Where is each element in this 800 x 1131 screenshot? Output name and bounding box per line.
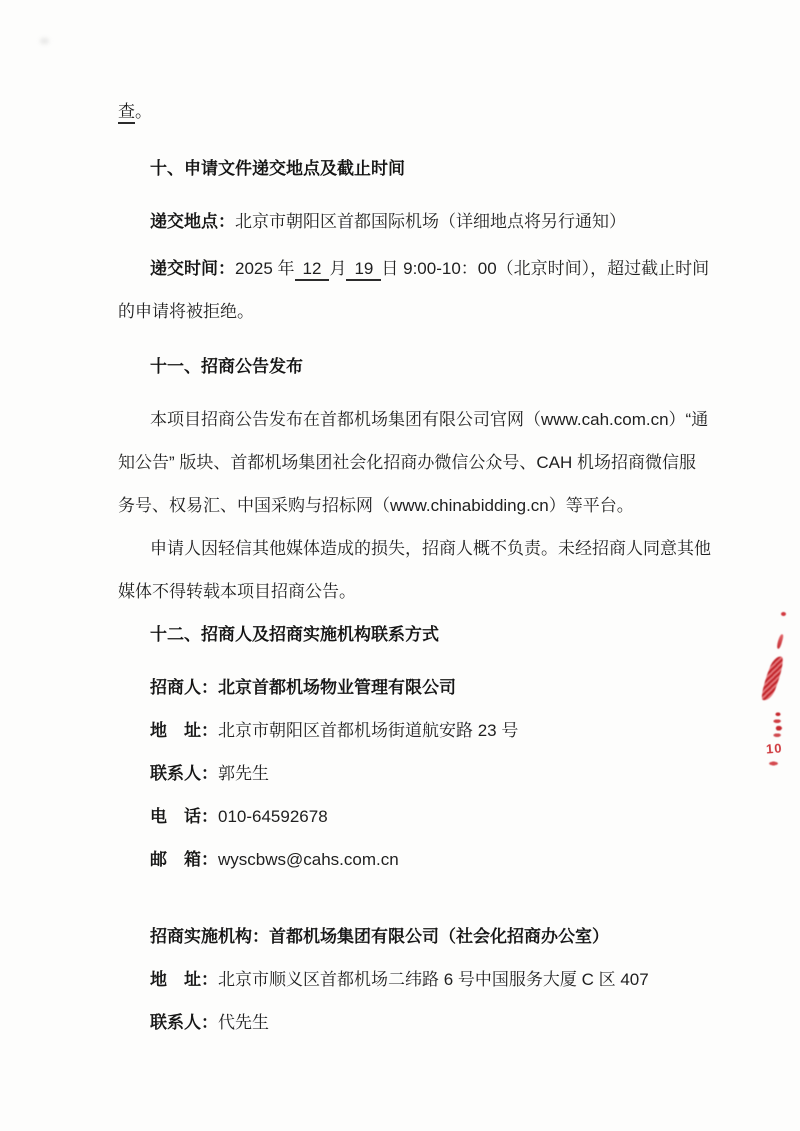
section-11-heading: 十一、招商公告发布 — [118, 345, 700, 388]
address-label: 地 址： — [150, 721, 218, 740]
paragraph-line: 本项目招商公告发布在首都机场集团有限公司官网（www.cah.com.cn）“通 — [118, 398, 700, 441]
merchant-label: 招商人： — [150, 678, 218, 697]
paragraph-line: 媒体不得转载本项目招商公告。 — [118, 570, 700, 613]
red-seal-fragment: 10 — [755, 600, 800, 785]
agency-contact-block: 地 址：北京市顺义区首都机场二纬路 6 号中国服务大厦 C 区 407 联系人：… — [118, 958, 700, 1044]
location-label: 递交地点： — [150, 212, 235, 231]
agency-name: 首都机场集团有限公司（社会化招商办公室） — [269, 927, 609, 946]
submission-time-line: 递交时间：2025 年12月19日 9:00-10：00（北京时间），超过截止时… — [118, 247, 700, 290]
underlined-text: 查 — [118, 102, 135, 124]
seal-tail-mark — [767, 760, 780, 767]
merchant-name: 北京首都机场物业管理有限公司 — [218, 678, 456, 697]
scan-artifact-smudge — [40, 38, 49, 44]
time-label: 递交时间： — [150, 259, 235, 278]
agency-line: 招商实施机构：首都机场集团有限公司（社会化招商办公室） — [118, 915, 700, 958]
person-label: 联系人： — [150, 1013, 218, 1032]
time-month-underlined: 12 — [295, 259, 330, 281]
document-body: 查。 十、申请文件递交地点及截止时间 递交地点：北京市朝阳区首都国际机场（详细地… — [0, 0, 800, 1044]
phone-label: 电 话： — [150, 807, 218, 826]
seal-number-mark: 10 — [766, 741, 783, 755]
time-day-underlined: 19 — [346, 259, 381, 281]
seal-character-mark — [770, 710, 786, 738]
seal-large-stroke — [758, 654, 787, 703]
section-12-heading: 十二、招商人及招商实施机构联系方式 — [118, 613, 700, 656]
contact-row-email: 邮 箱：wyscbws@cahs.com.cn — [118, 838, 700, 881]
time-month-unit: 月 — [329, 259, 346, 278]
contact-row-person: 联系人：代先生 — [118, 1001, 700, 1044]
address-label: 地 址： — [150, 970, 218, 989]
seal-dot-mark — [781, 612, 786, 616]
announcement-paragraph-2: 申请人因轻信其他媒体造成的损失，招商人概不负责。未经招商人同意其他 媒体不得转载… — [118, 527, 700, 613]
paragraph-line: 务号、权易汇、中国采购与招标网（www.chinabidding.cn）等平台。 — [118, 484, 700, 527]
scanned-document-page: 查。 十、申请文件递交地点及截止时间 递交地点：北京市朝阳区首都国际机场（详细地… — [0, 0, 800, 1131]
location-value: 北京市朝阳区首都国际机场（详细地点将另行通知） — [235, 212, 626, 231]
agency-label: 招商实施机构： — [150, 927, 269, 946]
merchant-line: 招商人：北京首都机场物业管理有限公司 — [118, 666, 700, 709]
submission-time-continuation: 的申请将被拒绝。 — [118, 290, 700, 333]
announcement-paragraph-1: 本项目招商公告发布在首都机场集团有限公司官网（www.cah.com.cn）“通… — [118, 398, 700, 527]
section-10-heading: 十、申请文件递交地点及截止时间 — [118, 147, 700, 190]
person-value: 代先生 — [218, 1013, 269, 1032]
paragraph-line: 申请人因轻信其他媒体造成的损失，招商人概不负责。未经招商人同意其他 — [118, 527, 700, 570]
submission-time-paragraph: 递交时间：2025 年12月19日 9:00-10：00（北京时间），超过截止时… — [118, 247, 700, 333]
contact-row-phone: 电 话：010-64592678 — [118, 795, 700, 838]
time-year: 2025 年 — [235, 259, 295, 278]
paragraph-line: 知公告” 版块、首都机场集团社会化招商办微信公众号、CAH 机场招商微信服 — [118, 441, 700, 484]
email-label: 邮 箱： — [150, 850, 218, 869]
contact-row-person: 联系人：郭先生 — [118, 752, 700, 795]
address-value: 北京市朝阳区首都机场街道航安路 23 号 — [218, 721, 518, 740]
seal-stroke-mark — [776, 634, 784, 650]
continuation-line: 查。 — [118, 90, 700, 133]
person-value: 郭先生 — [218, 764, 269, 783]
time-detail: 日 9:00-10：00（北京时间），超过截止时间 — [381, 259, 709, 278]
punctuation: 。 — [135, 102, 152, 121]
contact-row-address: 地 址：北京市顺义区首都机场二纬路 6 号中国服务大厦 C 区 407 — [118, 958, 700, 1001]
contact-row-address: 地 址：北京市朝阳区首都机场街道航安路 23 号 — [118, 709, 700, 752]
merchant-contact-block: 地 址：北京市朝阳区首都机场街道航安路 23 号 联系人：郭先生 电 话：010… — [118, 709, 700, 881]
phone-value: 010-64592678 — [218, 807, 328, 826]
address-value: 北京市顺义区首都机场二纬路 6 号中国服务大厦 C 区 407 — [218, 970, 649, 989]
email-value: wyscbws@cahs.com.cn — [218, 850, 399, 869]
submission-location-line: 递交地点：北京市朝阳区首都国际机场（详细地点将另行通知） — [118, 200, 700, 243]
person-label: 联系人： — [150, 764, 218, 783]
